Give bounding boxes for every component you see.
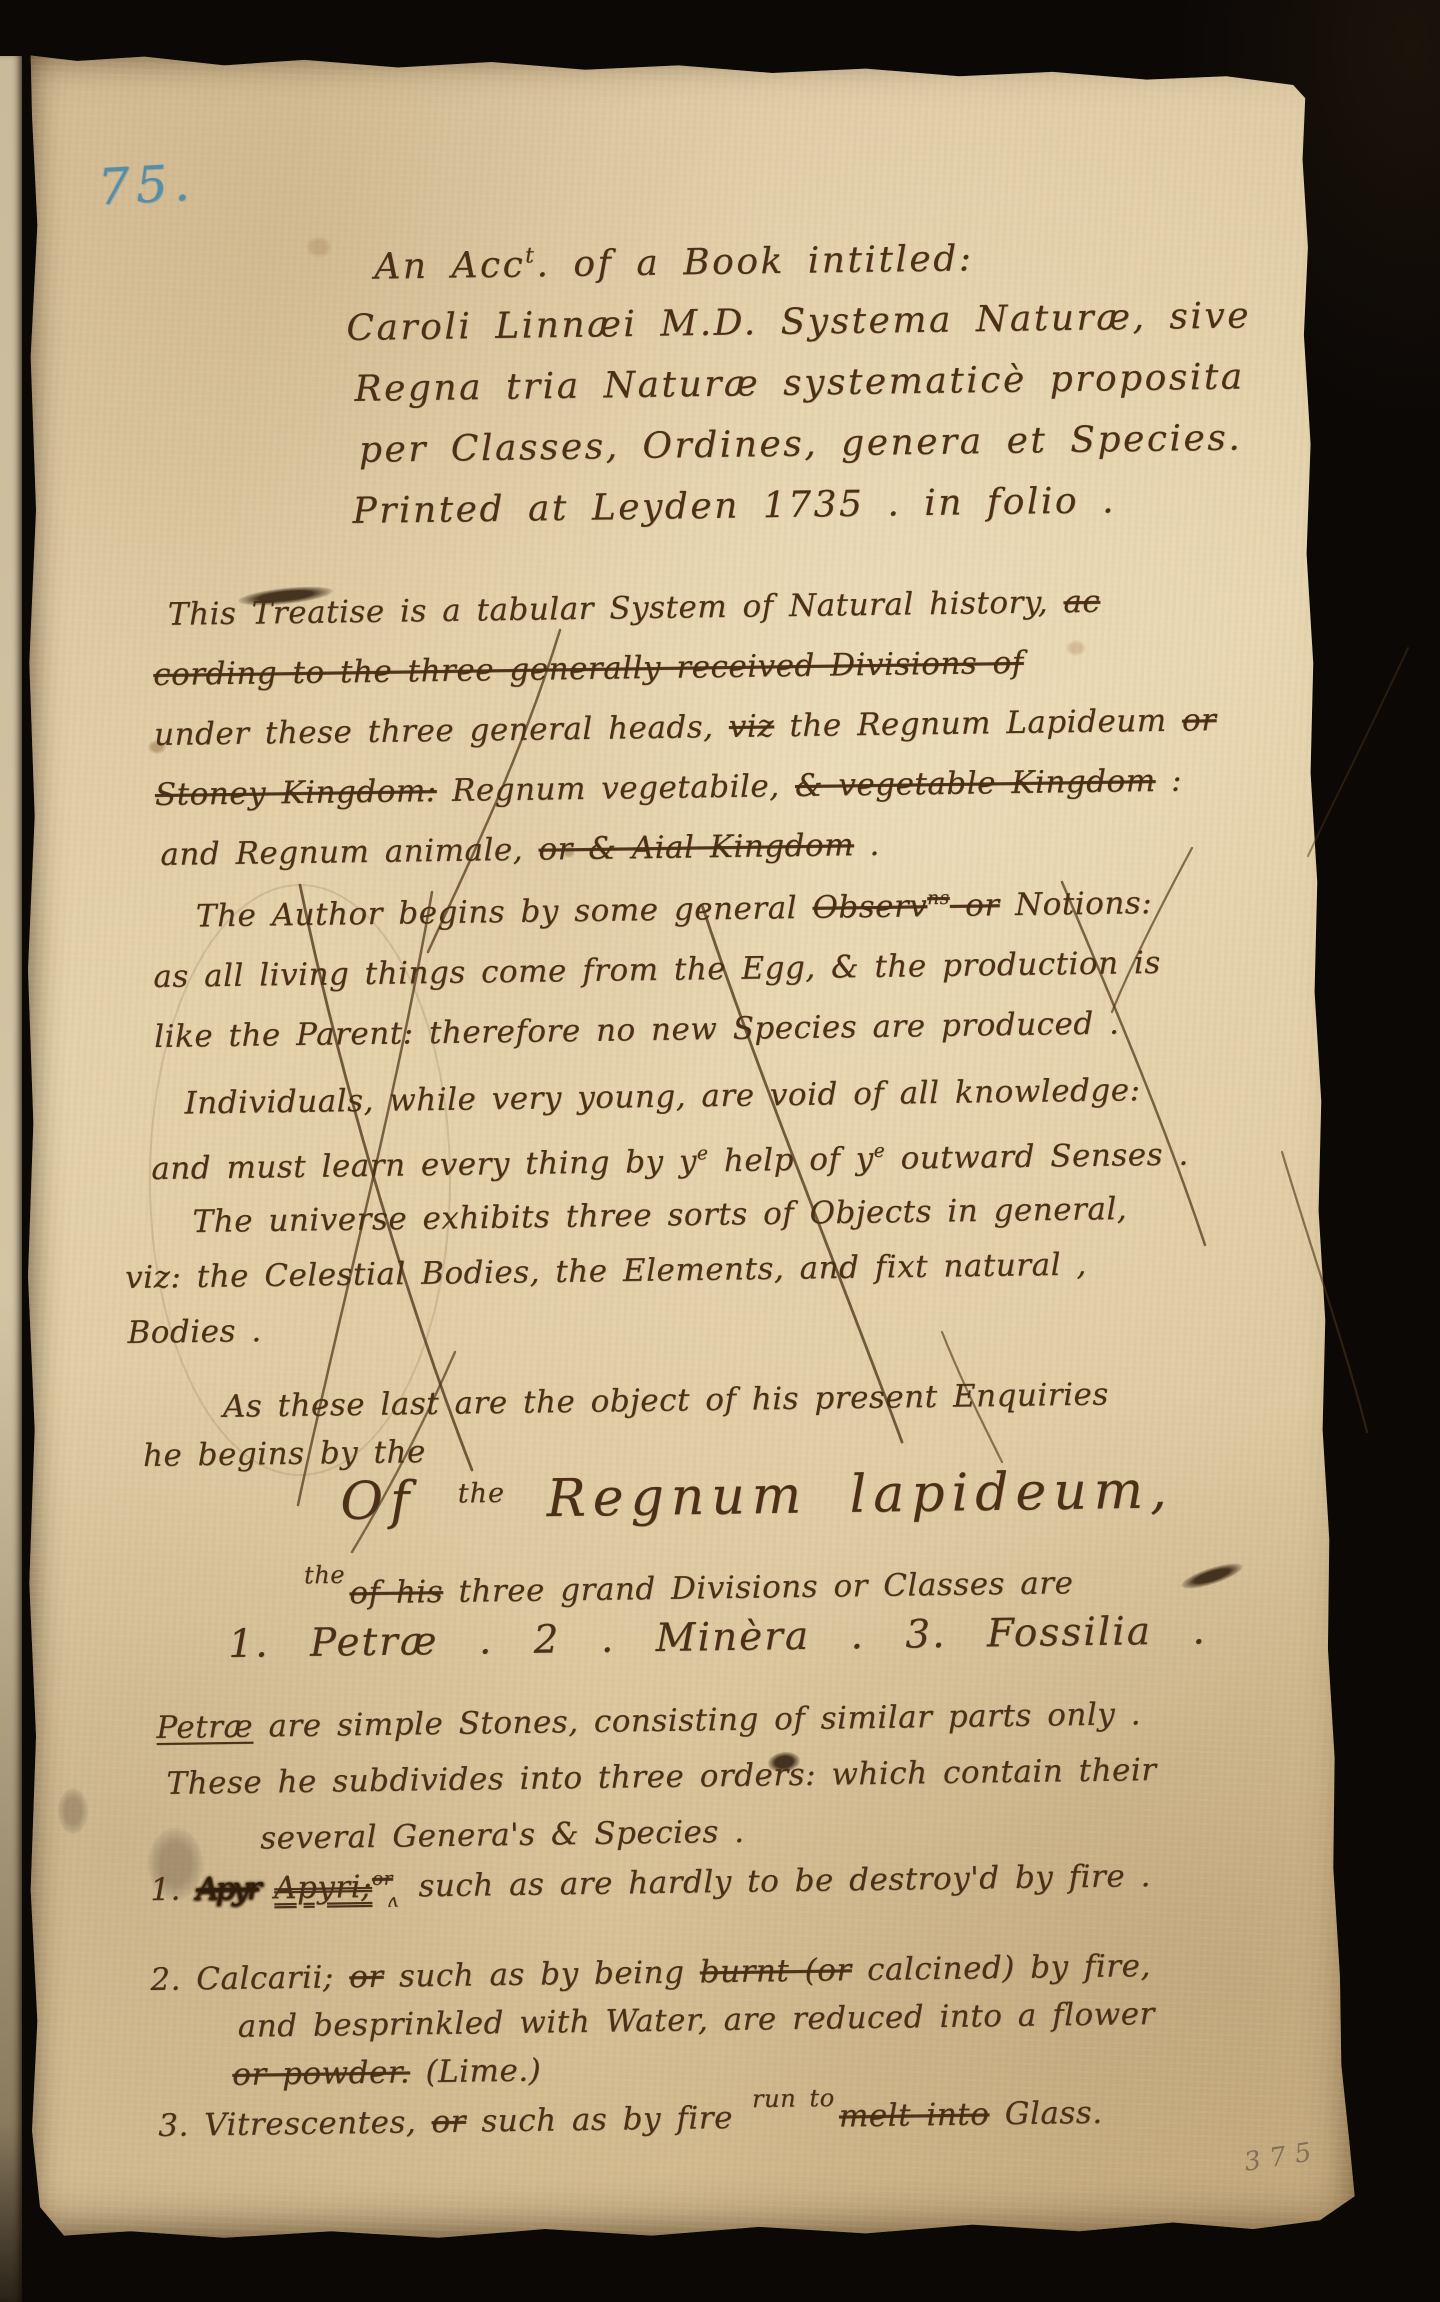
text-run: and Regnum animale, [160, 832, 539, 873]
text-run: viz: the Celestial Bodies, the Elements,… [125, 1247, 1087, 1296]
order-item-apyri: 1. Apyr Apyri;orʌ such as are hardly to … [150, 1858, 1151, 1915]
text-run-strike: Observ [812, 888, 927, 926]
text-run: like the Parent: therefore no new Specie… [154, 1006, 1120, 1055]
text-run: (Lime.) [410, 2053, 542, 2091]
text-run-strike: burnt (or [699, 1952, 851, 1990]
text-run-strike: cording to the three generally received … [153, 645, 1024, 693]
text-run-sup: ns [927, 888, 950, 909]
text-run: Individuals, while very young, are void … [184, 1072, 1141, 1121]
order-item-calcarii: 2. Calcarii; or such as by being burnt (… [150, 1942, 1156, 2100]
text-run: are simple Stones, consisting of similar… [253, 1696, 1141, 1744]
text-run-sup: or [372, 1869, 393, 1890]
text-run-u: Petræ [156, 1709, 253, 1746]
text-run-ins: the [304, 1561, 345, 1590]
text-run: 1. [150, 1871, 196, 1908]
text-run-sup: t [525, 243, 537, 268]
text-run: Regnum lapideum, [505, 1460, 1174, 1529]
manuscript-line: theof his three grand Divisions or Class… [300, 1565, 1074, 1612]
text-run: Notions: [999, 885, 1152, 923]
text-run: 1. Petræ . 2 . Minèra . 3. Fossilia . [228, 1608, 1207, 1667]
text-run-sup: e [697, 1143, 709, 1164]
text-run-strike: or [431, 2104, 466, 2140]
text-run: Glass. [989, 2095, 1103, 2133]
text-run: Regna tria Naturæ systematicè proposita [354, 356, 1245, 409]
text-run-u2: Apyri; [274, 1869, 372, 1906]
text-run: per Classes, Ordines, genera et Species. [359, 418, 1243, 471]
text-run: The Author begins by some general [196, 890, 813, 935]
order-item-vitrescentes: 3. Vitrescentes, or such as by fire run … [158, 2095, 1103, 2144]
text-run: several Genera's & Species . [260, 1814, 745, 1857]
text-run-strike: or [349, 1959, 384, 1995]
text-run: Caroli Linnæi M.D. Systema Naturæ, sive [346, 295, 1251, 349]
paragraph-petrae: Petræ are simple Stones, consisting of s… [156, 1686, 1158, 1868]
section-heading-regnum-lapideum: Of the Regnum lapideum, [340, 1460, 1174, 1532]
text-run-strike: melt into [839, 2096, 990, 2134]
text-run: such as are hardly to be destroy'd by fi… [403, 1858, 1151, 1904]
text-run-ins: run to [752, 2084, 835, 2113]
text-run-strike: Stoney Kingdom: [155, 773, 437, 813]
text-run: Of [340, 1470, 458, 1532]
text-run: such as by being [383, 1954, 700, 1994]
subheading-divisions: theof his three grand Divisions or Class… [300, 1565, 1074, 1612]
manuscript-line: Printed at Leyden 1735 . in folio . [349, 468, 1254, 542]
text-run-strike: viz [729, 708, 775, 745]
text-run: The universe exhibits three sorts of Obj… [192, 1191, 1127, 1240]
text-run: 3. Vitrescentes, [158, 2104, 432, 2144]
manuscript-line: 1. Petræ . 2 . Minèra . 3. Fossilia . [228, 1608, 1207, 1667]
manuscript-line: Of the Regnum lapideum, [340, 1460, 1174, 1532]
text-run: calcined) by fire, [851, 1948, 1151, 1988]
text-run [259, 1870, 275, 1906]
paragraph-individuals: Individuals, while very young, are void … [150, 1061, 1189, 1199]
text-run: . [854, 827, 880, 863]
text-run: 2. Calcarii; [150, 1959, 349, 1998]
text-run: As these last are the object of his pres… [223, 1377, 1109, 1425]
manuscript-line: 1. Apyr Apyri;orʌ such as are hardly to … [150, 1858, 1151, 1915]
classes-list-line: 1. Petræ . 2 . Minèra . 3. Fossilia . [228, 1608, 1207, 1667]
paragraph-treatise: This Treatise is a tabular System of Nat… [152, 570, 1219, 885]
manuscript-line: 3. Vitrescentes, or such as by fire run … [158, 2095, 1103, 2144]
text-run-strike: or [950, 887, 1000, 924]
text-run: as all living things come from the Egg, … [153, 945, 1161, 995]
text-run: and must learn every thing by y [151, 1143, 697, 1187]
text-run-sup: e [874, 1141, 886, 1162]
text-run: Printed at Leyden 1735 . in folio . [352, 480, 1116, 532]
text-run-tuck: the [458, 1478, 506, 1510]
text-run: such as by fire [466, 2100, 749, 2140]
text-run-strike: or [1182, 702, 1217, 738]
text-run: help of y [708, 1141, 874, 1179]
photograph-background: 75. An Acct. of a Book intitled:Caroli L… [0, 0, 1440, 2302]
manuscript-line: like the Parent: therefore no new Specie… [154, 993, 1162, 1067]
text-run-scribble: Apyr [196, 1871, 259, 1908]
text-run: three grand Divisions or Classes are [443, 1565, 1074, 1610]
manuscript-line: per Classes, Ordines, genera et Species. [348, 407, 1253, 481]
paragraph-author-begins: The Author begins by some general Observ… [152, 866, 1162, 1067]
text-run: the Regnum Lapideum [774, 703, 1182, 745]
text-run: : [1155, 763, 1182, 799]
text-run: An Acc [374, 245, 526, 288]
text-run: and besprinkled with Water, are reduced … [238, 1996, 1156, 2045]
text-run: Regnum vegetabile, [436, 768, 795, 809]
text-run-strike: & vegetable Kingdom [795, 763, 1156, 804]
text-run-strike: or powder. [232, 2054, 410, 2092]
text-run-strike: or & Aial Kingdom [538, 827, 854, 867]
text-run: This Treatise is a tabular System of Nat… [168, 584, 1064, 633]
text-run: under these three general heads, [154, 709, 729, 753]
text-run: outward Senses . [885, 1137, 1189, 1177]
text-run: . of a Book intitled: [536, 238, 973, 285]
text-run: These he subdivides into three orders: w… [166, 1752, 1157, 1802]
text-run: Bodies . [127, 1313, 262, 1351]
manuscript-text: An Acct. of a Book intitled:Caroli Linnæ… [0, 0, 1440, 2302]
text-run-strike: ac [1063, 584, 1100, 621]
text-run: he begins by the [143, 1434, 426, 1474]
paragraph-universe: The universe exhibits three sorts of Obj… [124, 1182, 1129, 1361]
title-block: An Acct. of a Book intitled:Caroli Linnæ… [345, 215, 1254, 542]
text-run-strike: of his [349, 1574, 443, 1611]
manuscript-line: An Acct. of a Book intitled: [345, 215, 1251, 298]
text-run-caret: ʌ [387, 1891, 398, 1912]
